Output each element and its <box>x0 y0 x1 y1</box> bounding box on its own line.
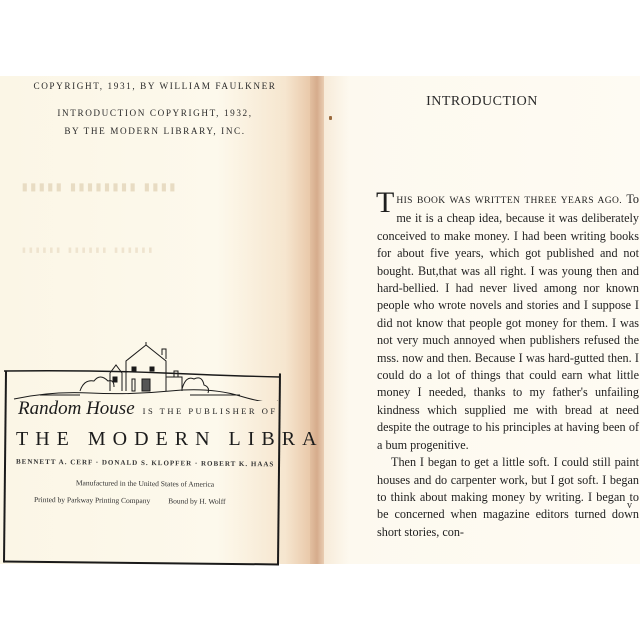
bleed-through-text: ▮▮▮▮▮▮ ▮▮▮▮▮▮ ▮▮▮▮▮▮ <box>22 246 155 254</box>
drop-cap: T <box>376 191 394 215</box>
paper-speck <box>329 116 332 120</box>
bleed-through-text: ▮▮▮▮▮ ▮▮▮▮▮▮▮▮ ▮▮▮▮ <box>22 182 178 193</box>
copyright-line: COPYRIGHT, 1931, BY WILLIAM FAULKNER <box>0 81 310 91</box>
copyright-line: INTRODUCTION COPYRIGHT, 1932, <box>0 108 310 118</box>
book-spread: COPYRIGHT, 1931, BY WILLIAM FAULKNER INT… <box>0 76 640 564</box>
right-page-introduction: INTRODUCTION THIS BOOK WAS WRITTEN THREE… <box>324 76 640 564</box>
publisher-statement: Random House is the publisher of <box>18 398 278 420</box>
bound-by: Bound by H. Wolff <box>168 496 226 506</box>
paragraph-1-text: To me it is a cheap idea, because it was… <box>377 192 639 452</box>
book-spine <box>310 76 324 564</box>
paragraph-1: THIS BOOK WAS WRITTEN THREE YEARS AGO. T… <box>377 191 639 454</box>
paragraph-2: Then I began to get a little soft. I cou… <box>377 454 639 541</box>
printed-by: Printed by Parkway Printing Company <box>34 495 150 505</box>
series-title: THE MODERN LIBRARY <box>16 428 364 451</box>
copyright-line: BY THE MODERN LIBRARY, INC. <box>0 126 310 136</box>
colophon-top-rule <box>4 370 280 378</box>
publisher-tail: is the publisher of <box>143 406 278 416</box>
opening-smallcaps: HIS BOOK WAS WRITTEN THREE YEARS AGO. <box>396 196 622 206</box>
publisher-name: Random House <box>18 398 135 419</box>
introduction-body: THIS BOOK WAS WRITTEN THREE YEARS AGO. T… <box>377 191 639 541</box>
page-number: v <box>627 500 632 511</box>
page-title: INTRODUCTION <box>324 94 640 110</box>
left-page-copyright: COPYRIGHT, 1931, BY WILLIAM FAULKNER INT… <box>0 76 310 564</box>
